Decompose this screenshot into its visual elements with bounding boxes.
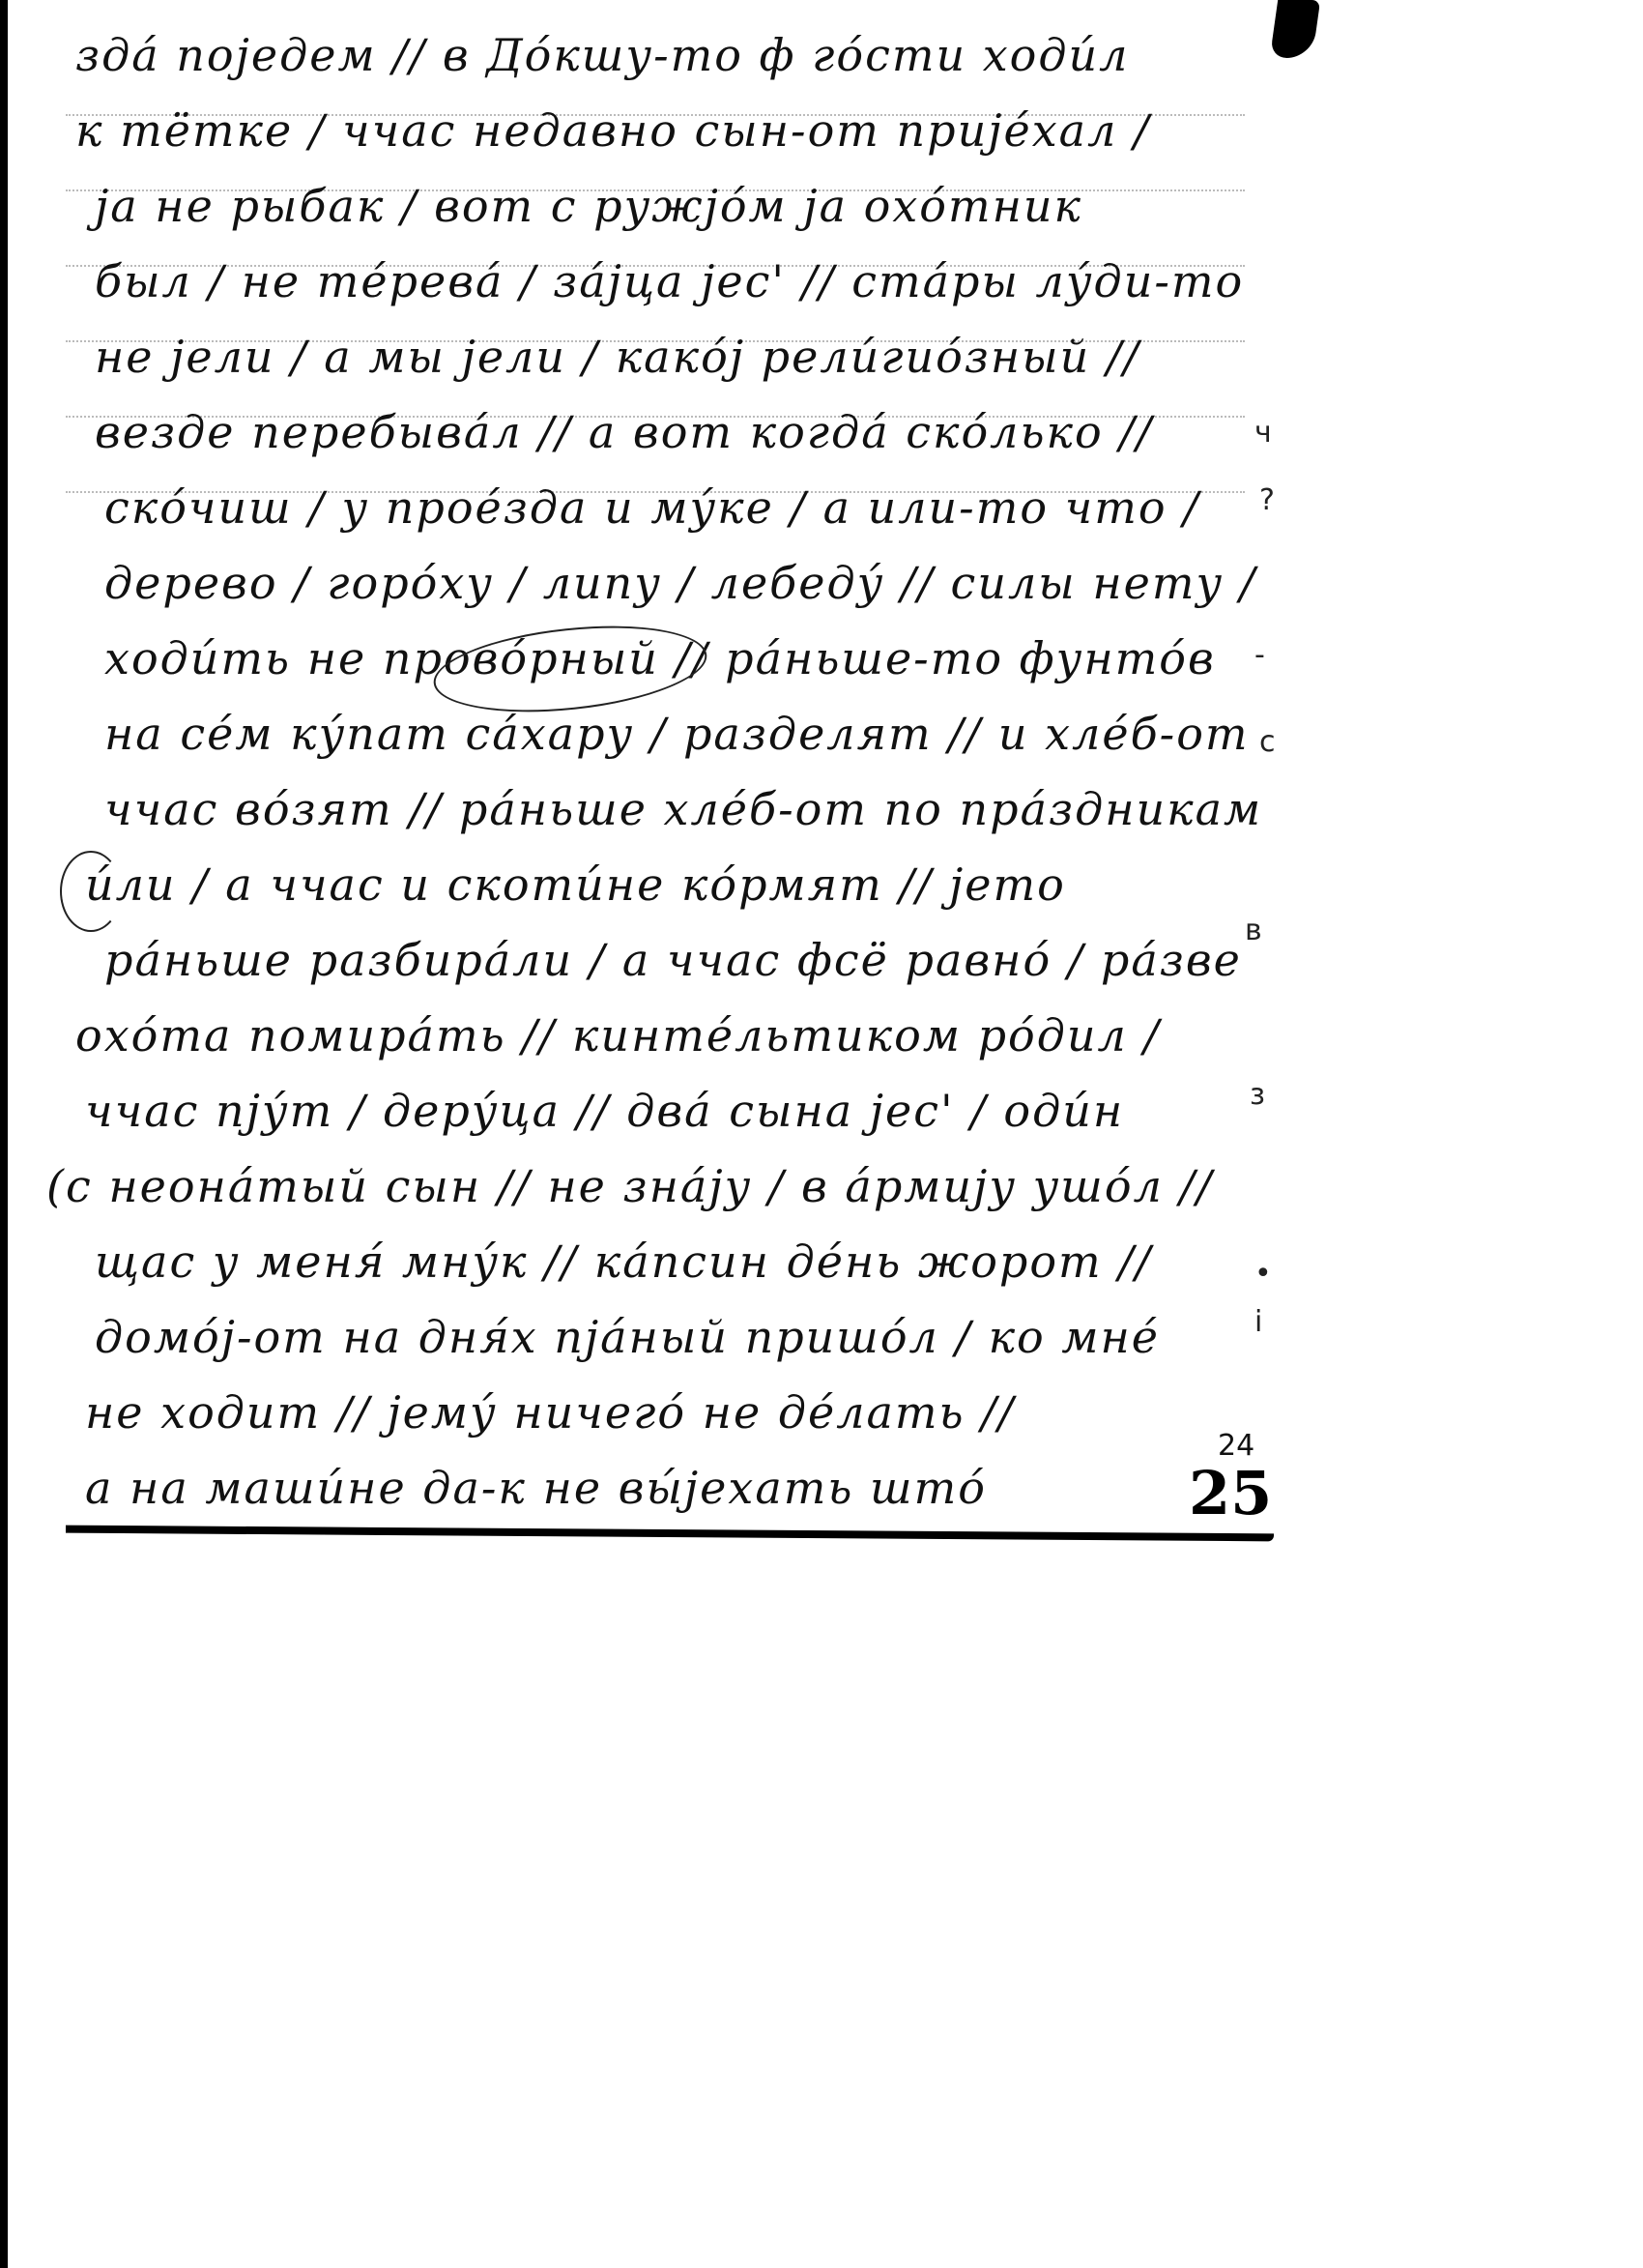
text-line-14: охо́та помира́ть // кинте́льтиком ро́дил… — [75, 1009, 1161, 1067]
margin-mark: • — [1254, 1257, 1272, 1291]
text-line-19: не ходит // јему́ ничего́ не де́лать // — [85, 1386, 1015, 1444]
text-line-11: ччас во́зят // ра́ньше хле́б-от по пра́з… — [104, 783, 1262, 841]
margin-mark: і — [1254, 1305, 1262, 1339]
text-line-5: не јели / а мы јели / како́ј рели́гио́зн… — [95, 331, 1140, 389]
page-bottom-edge — [66, 1526, 1274, 1542]
text-line-3: ја не рыбак / вот с ружјо́м ја охо́тник — [95, 180, 1082, 238]
text-line-10: на се́м ку́пат са́хару / разделят // и х… — [104, 708, 1250, 766]
text-line-20: а на маши́не да-к не вы́јехать што́ — [85, 1462, 987, 1520]
text-line-1: зда́ поједем // в До́кшу-то ф го́сти ход… — [75, 29, 1129, 87]
margin-mark: ч — [1254, 416, 1272, 450]
text-line-4: был / не те́рева́ / за́јца јес' // ста́р… — [95, 255, 1244, 313]
text-line-17: щас у меня́ мну́к // ка́псин де́нь жорот… — [95, 1236, 1152, 1294]
margin-mark: ? — [1259, 483, 1275, 517]
page-number: 25 — [1189, 1458, 1272, 1528]
text-line-2: к тётке / ччас недавно сын-от прије́хал … — [75, 104, 1150, 162]
scan-left-edge — [0, 0, 8, 2268]
text-line-12: и́ли / а ччас и скоти́не ко́рмят // јето — [85, 858, 1066, 916]
text-line-13: ра́ньше разбира́ли / а ччас фсё равно́ /… — [104, 934, 1242, 992]
text-line-16: (с неона́тый сын // не зна́ју / в а́рмиј… — [46, 1160, 1213, 1218]
text-line-8: дерево / горо́ху / липу / лебеду́ // сил… — [104, 557, 1256, 615]
text-line-6: везде перебыва́л // а вот когда́ ско́льк… — [95, 406, 1153, 464]
left-bracket-mark — [60, 851, 122, 932]
scan-corner-stain — [1270, 0, 1320, 58]
margin-mark: з — [1250, 1078, 1265, 1112]
text-line-15: ччас пју́т / деру́ца // два́ сына јес' /… — [85, 1085, 1124, 1143]
text-line-7: ско́чиш / у прое́зда и му́ке / а или-то … — [104, 481, 1200, 539]
manuscript-page: зда́ поједем // в До́кшу-то ф го́сти ход… — [8, 0, 1274, 1537]
margin-mark: - — [1254, 638, 1265, 672]
text-line-18: домо́ј-от на дня́х пја́ный пришо́л / ко … — [95, 1311, 1160, 1369]
margin-mark: в — [1245, 914, 1262, 947]
margin-mark: с — [1259, 725, 1276, 759]
